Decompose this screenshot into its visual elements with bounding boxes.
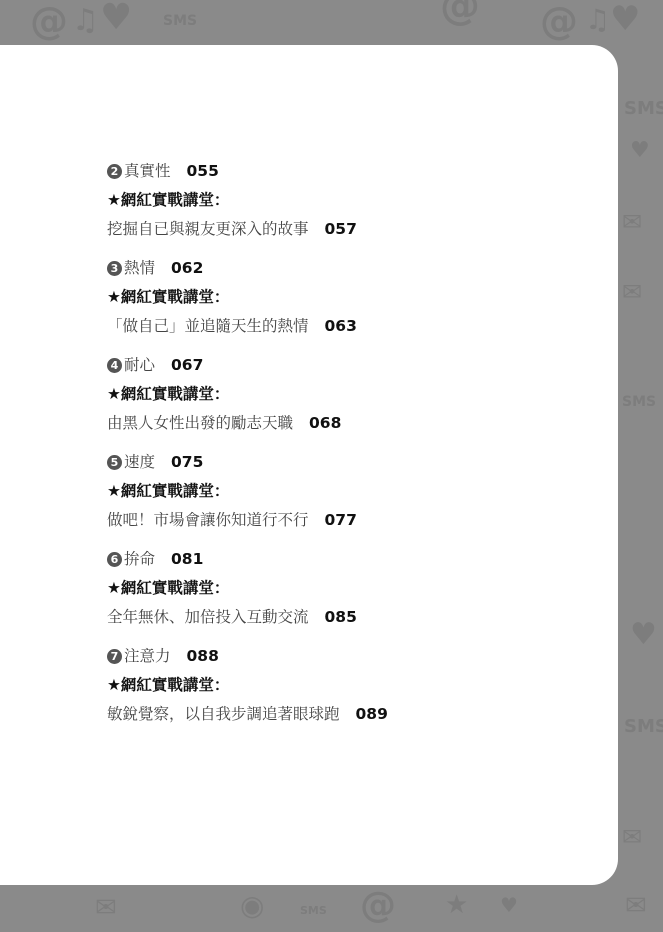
chapter-entry[interactable]: 2真實性055 [107,157,388,186]
page-number: 077 [325,511,357,529]
lecture-title: 做吧！市場會讓你知道行不行 [107,511,309,529]
page-number: 062 [171,259,203,277]
chapter-title: 熱情 [124,259,155,277]
page-number: 057 [325,220,357,238]
sms-icon: SMS [163,14,197,28]
toc-section: 6拚命081 ★網紅實戰講堂： 全年無休、加倍投入互動交流085 [107,545,388,632]
number-badge: 7 [107,649,122,664]
lecture-label: ★網紅實戰講堂： [107,186,388,215]
at-icon: @ [440,0,480,26]
lecture-entry[interactable]: 「做自己」並追隨天生的熱情063 [107,312,388,341]
heart-icon: ♥ [630,140,650,162]
envelope-icon: ✉ [625,893,647,919]
lecture-title: 由黑人女性出發的勵志天職 [107,414,293,432]
heart-icon: ♥ [100,0,132,36]
lecture-label: ★網紅實戰講堂： [107,283,388,312]
chapter-title: 真實性 [124,162,171,180]
lecture-entry[interactable]: 挖掘自已與親友更深入的故事057 [107,215,388,244]
lecture-entry[interactable]: 由黑人女性出發的勵志天職068 [107,409,388,438]
lecture-title: 挖掘自已與親友更深入的故事 [107,220,309,238]
number-badge: 6 [107,552,122,567]
lecture-label: ★網紅實戰講堂： [107,671,388,700]
sms-icon: SMS [624,100,663,118]
lecture-entry[interactable]: 做吧！市場會讓你知道行不行077 [107,506,388,535]
table-of-contents: 2真實性055 ★網紅實戰講堂： 挖掘自已與親友更深入的故事057 3熱情062… [107,157,388,739]
star-icon: ★ [445,892,468,918]
eye-icon: ◉ [240,892,264,920]
heart-icon: ♥ [630,620,657,650]
chapter-entry[interactable]: 6拚命081 [107,545,388,574]
number-badge: 3 [107,261,122,276]
lecture-entry[interactable]: 敏銳覺察，以自我步調追著眼球跑089 [107,700,388,729]
lecture-label: ★網紅實戰講堂： [107,477,388,506]
chapter-entry[interactable]: 3熱情062 [107,254,388,283]
page-number: 068 [309,414,341,432]
music-note-icon: ♫ [72,6,99,36]
chapter-entry[interactable]: 4耐心067 [107,351,388,380]
at-icon: @ [30,2,68,40]
envelope-icon: ✉ [622,825,642,849]
page-number: 055 [187,162,219,180]
lecture-title: 全年無休、加倍投入互動交流 [107,608,309,626]
page-number: 089 [356,705,388,723]
heart-icon: ♥ [500,895,518,915]
page-number: 067 [171,356,203,374]
sms-icon: SMS [622,395,656,409]
envelope-icon: ✉ [622,280,642,304]
number-badge: 5 [107,455,122,470]
toc-page: 2真實性055 ★網紅實戰講堂： 挖掘自已與親友更深入的故事057 3熱情062… [0,45,618,885]
chapter-entry[interactable]: 7注意力088 [107,642,388,671]
chapter-title: 耐心 [124,356,155,374]
envelope-icon: ✉ [95,895,117,921]
page-number: 088 [187,647,219,665]
at-icon: @ [540,2,578,40]
toc-section: 3熱情062 ★網紅實戰講堂： 「做自己」並追隨天生的熱情063 [107,254,388,341]
page-number: 075 [171,453,203,471]
number-badge: 2 [107,164,122,179]
toc-section: 2真實性055 ★網紅實戰講堂： 挖掘自已與親友更深入的故事057 [107,157,388,244]
chapter-title: 拚命 [124,550,155,568]
page-number: 085 [325,608,357,626]
lecture-label: ★網紅實戰講堂： [107,574,388,603]
at-icon: @ [360,888,396,924]
heart-icon: ♥ [610,2,640,36]
number-badge: 4 [107,358,122,373]
page-number: 063 [325,317,357,335]
toc-section: 5速度075 ★網紅實戰講堂： 做吧！市場會讓你知道行不行077 [107,448,388,535]
chapter-title: 注意力 [124,647,171,665]
chapter-title: 速度 [124,453,155,471]
toc-section: 7注意力088 ★網紅實戰講堂： 敏銳覺察，以自我步調追著眼球跑089 [107,642,388,729]
lecture-title: 「做自己」並追隨天生的熱情 [107,317,309,335]
lecture-label: ★網紅實戰講堂： [107,380,388,409]
chapter-entry[interactable]: 5速度075 [107,448,388,477]
page-number: 081 [171,550,203,568]
lecture-entry[interactable]: 全年無休、加倍投入互動交流085 [107,603,388,632]
music-note-icon: ♫ [585,6,610,34]
lecture-title: 敏銳覺察，以自我步調追著眼球跑 [107,705,340,723]
sms-icon: SMS [624,718,663,736]
envelope-icon: ✉ [622,210,642,234]
sms-icon: SMS [300,905,327,916]
toc-section: 4耐心067 ★網紅實戰講堂： 由黑人女性出發的勵志天職068 [107,351,388,438]
